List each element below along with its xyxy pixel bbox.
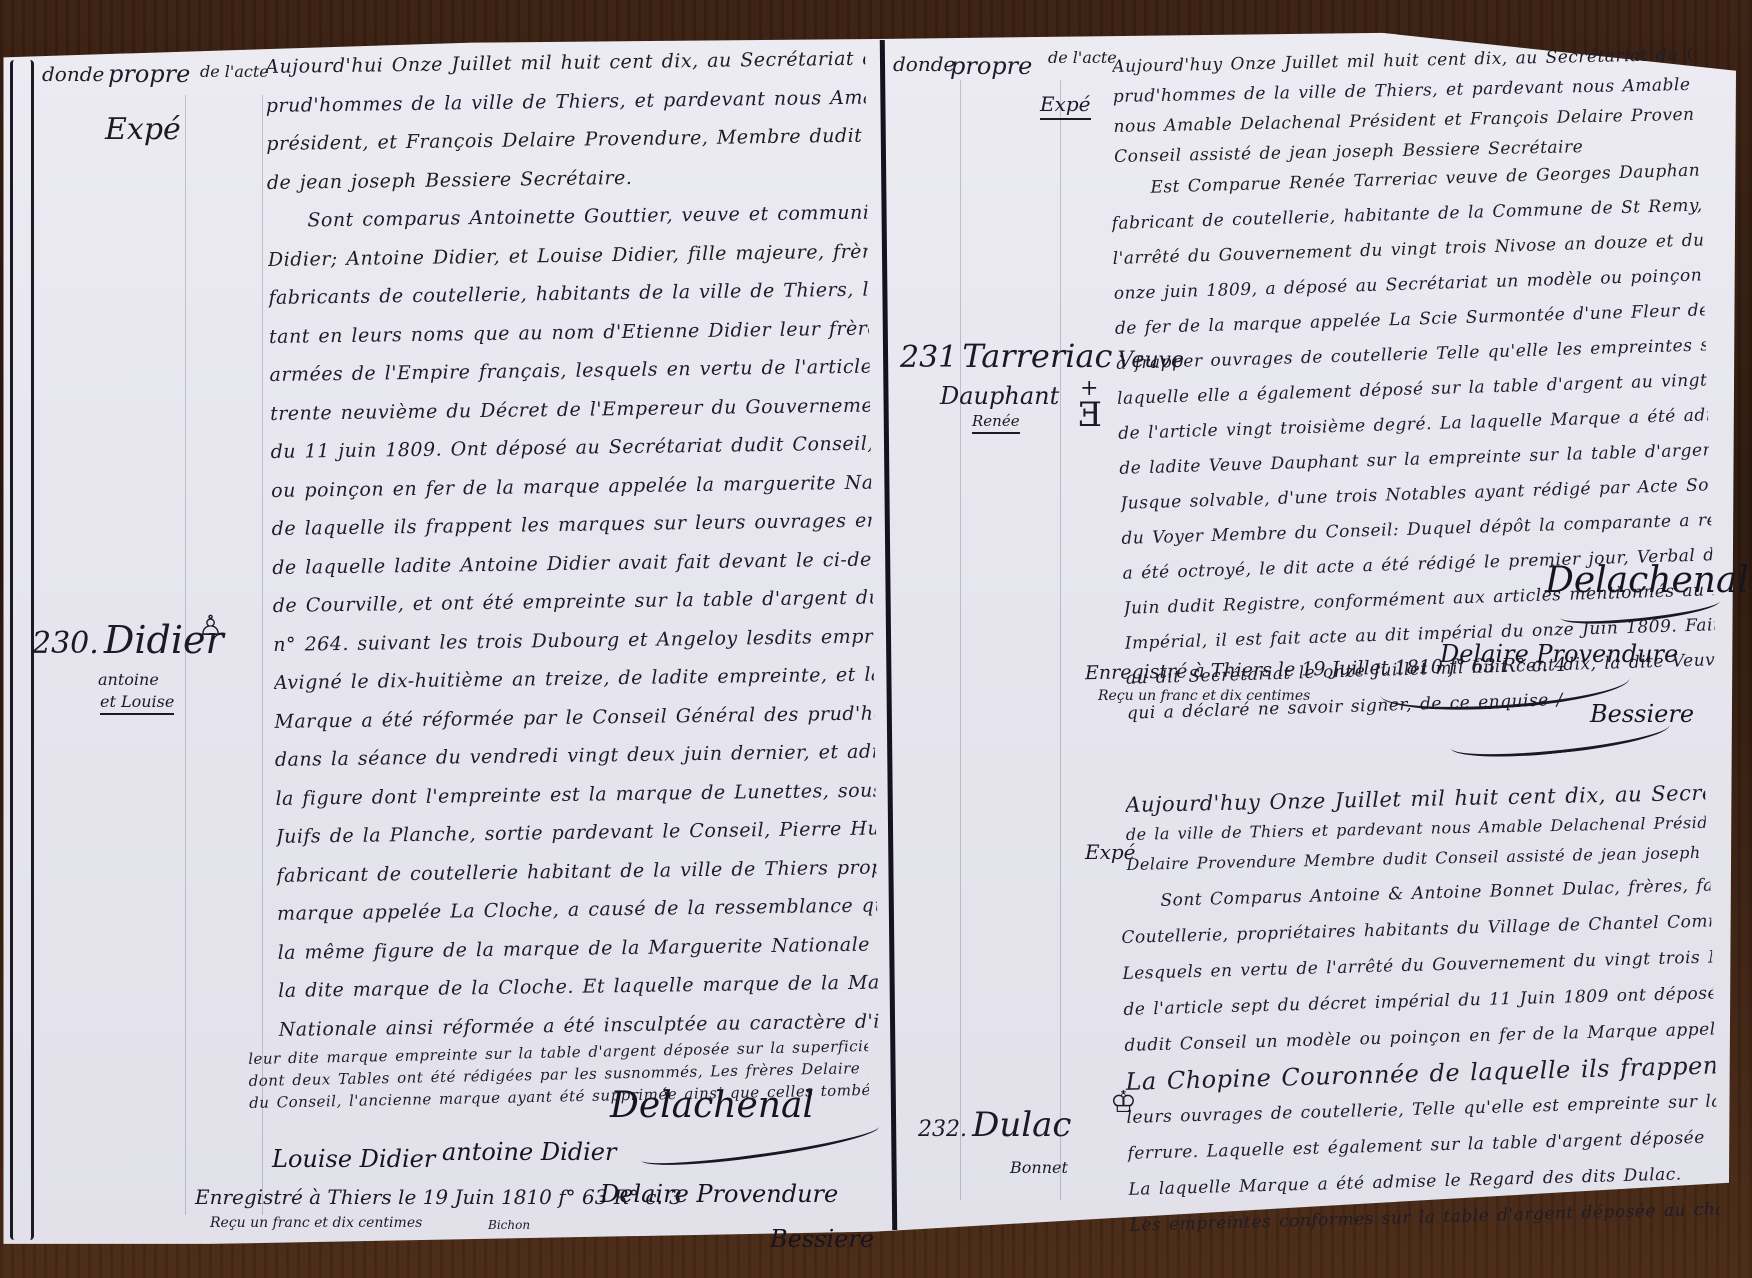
left-header-col2: propre <box>108 60 190 88</box>
right-header-col3: de l'acte <box>1048 48 1117 67</box>
right-registration-line-2: Reçu un franc et dix centimes <box>1098 688 1310 704</box>
entry-232-maker-mark-icon: ♔ <box>1110 1088 1137 1118</box>
left-header-col1: donde <box>42 62 104 86</box>
left-binding-edge <box>10 60 34 1240</box>
left-header-col3: de l'acte <box>200 62 269 81</box>
right-margin-rule-1 <box>960 80 961 1200</box>
signature-delaire-provendure-left: Delaire Provendure <box>600 1180 838 1208</box>
photo-scene: donde propre de l'acte Expé 230. Didier … <box>0 0 1752 1278</box>
signature-antoine-didier: antoine Didier <box>442 1138 616 1166</box>
entry-232-number: 232. <box>918 1117 967 1142</box>
entry-230-maker-mark-icon: ♙ <box>198 612 223 640</box>
signature-delachenal-right: Delachenal <box>1545 560 1749 601</box>
signature-louise-didier: Louise Didier <box>272 1145 435 1173</box>
right-header-col1: donde <box>893 52 955 76</box>
entry-230-number: 230. <box>32 626 99 661</box>
entry-231-heading: 231 Tarreriac Veuve <box>900 337 1184 375</box>
entry-231-name-suffix: Veuve <box>1117 348 1184 373</box>
left-margin-status: Expé <box>105 112 181 147</box>
entry-231-preamble: Aujourd'huy Onze Juillet mil huit cent d… <box>1112 40 1694 172</box>
right-margin-rule-2 <box>1060 80 1061 1200</box>
entry-231-number: 231 <box>900 340 957 375</box>
entry-232-preamble: Aujourd'huy Onze Juillet mil huit cent d… <box>1125 778 1707 880</box>
entry-231-margin-status: Expé <box>1040 92 1091 120</box>
entry-232-name: Dulac <box>972 1105 1071 1145</box>
left-registration-extra: Bichon <box>488 1218 530 1232</box>
entry-231-given-1: Dauphant <box>940 382 1059 410</box>
signature-bessiere-left: Bessiere <box>770 1225 874 1253</box>
entry-230-given-1: antoine <box>98 670 159 689</box>
entry-232-body: Sont Comparus Antoine & Antoine Bonnet D… <box>1120 868 1720 1244</box>
entry-231-given-2: Renée <box>972 412 1020 434</box>
signature-delachenal-left: Delachenal <box>610 1085 814 1126</box>
entry-231-maker-mark-icon: Ǝ <box>1078 398 1103 432</box>
entry-230-given-2: et Louise <box>100 692 174 715</box>
left-registration-line-2: Reçu un franc et dix centimes <box>210 1215 422 1231</box>
entry-232-heading: 232. Dulac <box>918 1105 1071 1145</box>
entry-231-name: Tarreriac <box>962 337 1112 375</box>
right-header-col2: propre <box>950 52 1032 80</box>
entry-230-body: Aujourd'hui Onze Juillet mil huit cent d… <box>265 40 879 1049</box>
entry-230-heading: 230. Didier <box>32 618 224 662</box>
entry-232-given-1: Bonnet <box>1010 1158 1068 1177</box>
